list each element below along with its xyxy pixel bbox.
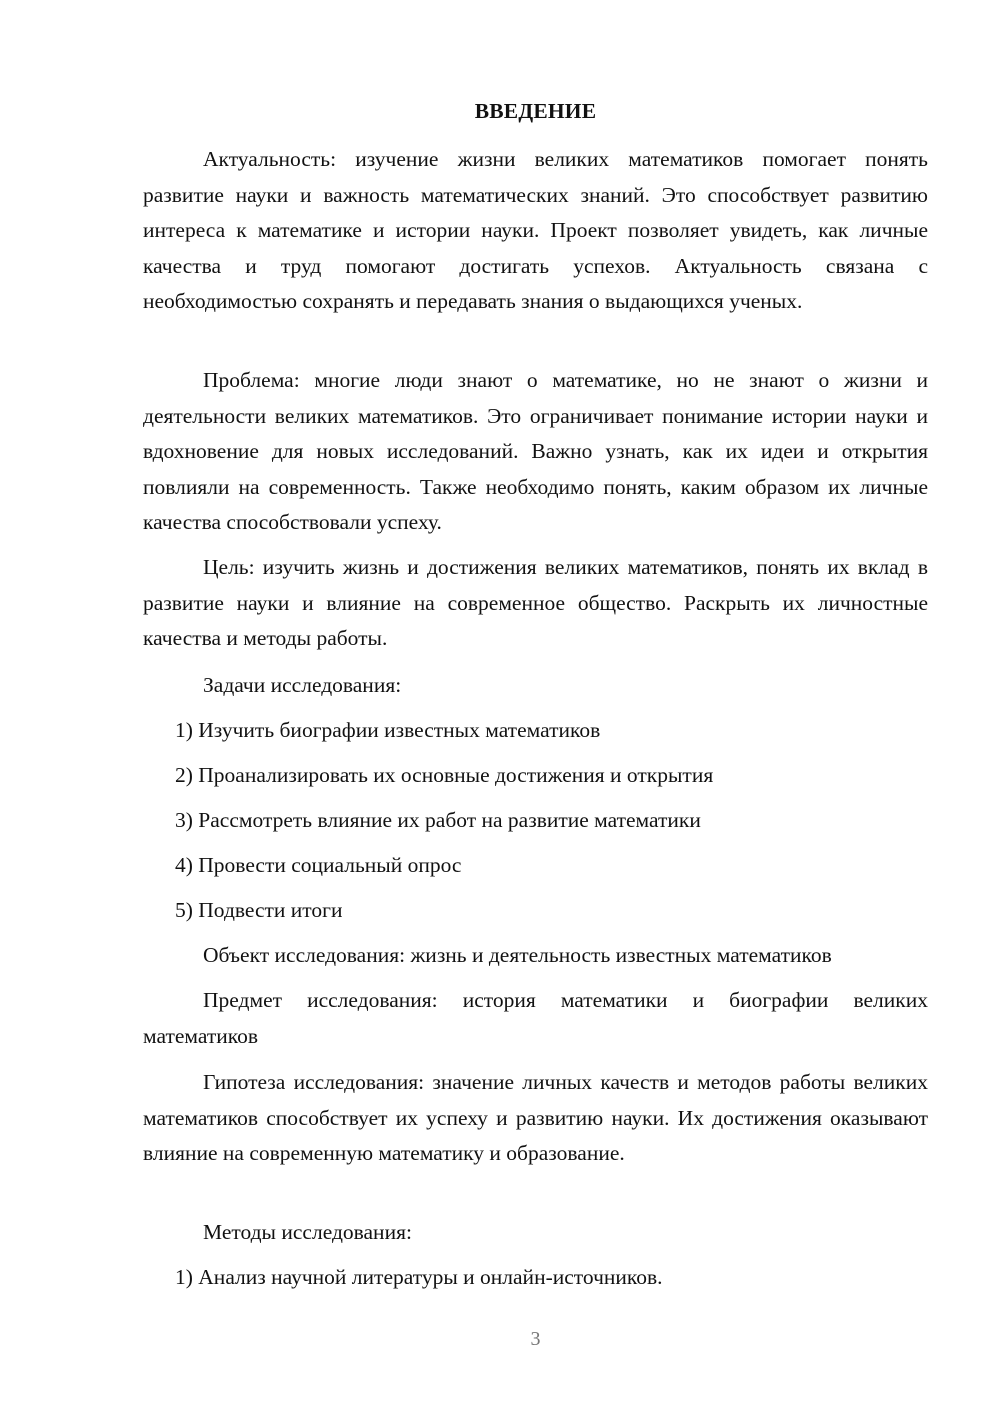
task-item-3: 3) Рассмотреть влияние их работ на разви…: [143, 803, 928, 839]
task-item-1: 1) Изучить биографии известных математик…: [143, 713, 928, 749]
page-number: 3: [143, 1326, 928, 1352]
methods-heading: Методы исследования:: [143, 1215, 928, 1251]
subject-paragraph: Предмет исследования: история математики…: [143, 983, 928, 1054]
goal-paragraph: Цель: изучить жизнь и достижения великих…: [143, 550, 928, 657]
task-item-5: 5) Подвести итоги: [143, 893, 928, 929]
object-paragraph: Объект исследования: жизнь и деятельност…: [143, 938, 928, 974]
task-item-4: 4) Провести социальный опрос: [143, 848, 928, 884]
tasks-heading: Задачи исследования:: [143, 668, 928, 704]
task-item-2: 2) Проанализировать их основные достижен…: [143, 758, 928, 794]
hypothesis-paragraph: Гипотеза исследования: значение личных к…: [143, 1065, 928, 1172]
problem-paragraph: Проблема: многие люди знают о математике…: [143, 363, 928, 541]
relevance-paragraph: Актуальность: изучение жизни великих мат…: [143, 142, 928, 320]
method-item-1: 1) Анализ научной литературы и онлайн-ис…: [143, 1260, 928, 1296]
document-page: ВВЕДЕНИЕ Актуальность: изучение жизни ве…: [143, 0, 928, 1414]
section-title: ВВЕДЕНИЕ: [143, 96, 928, 126]
